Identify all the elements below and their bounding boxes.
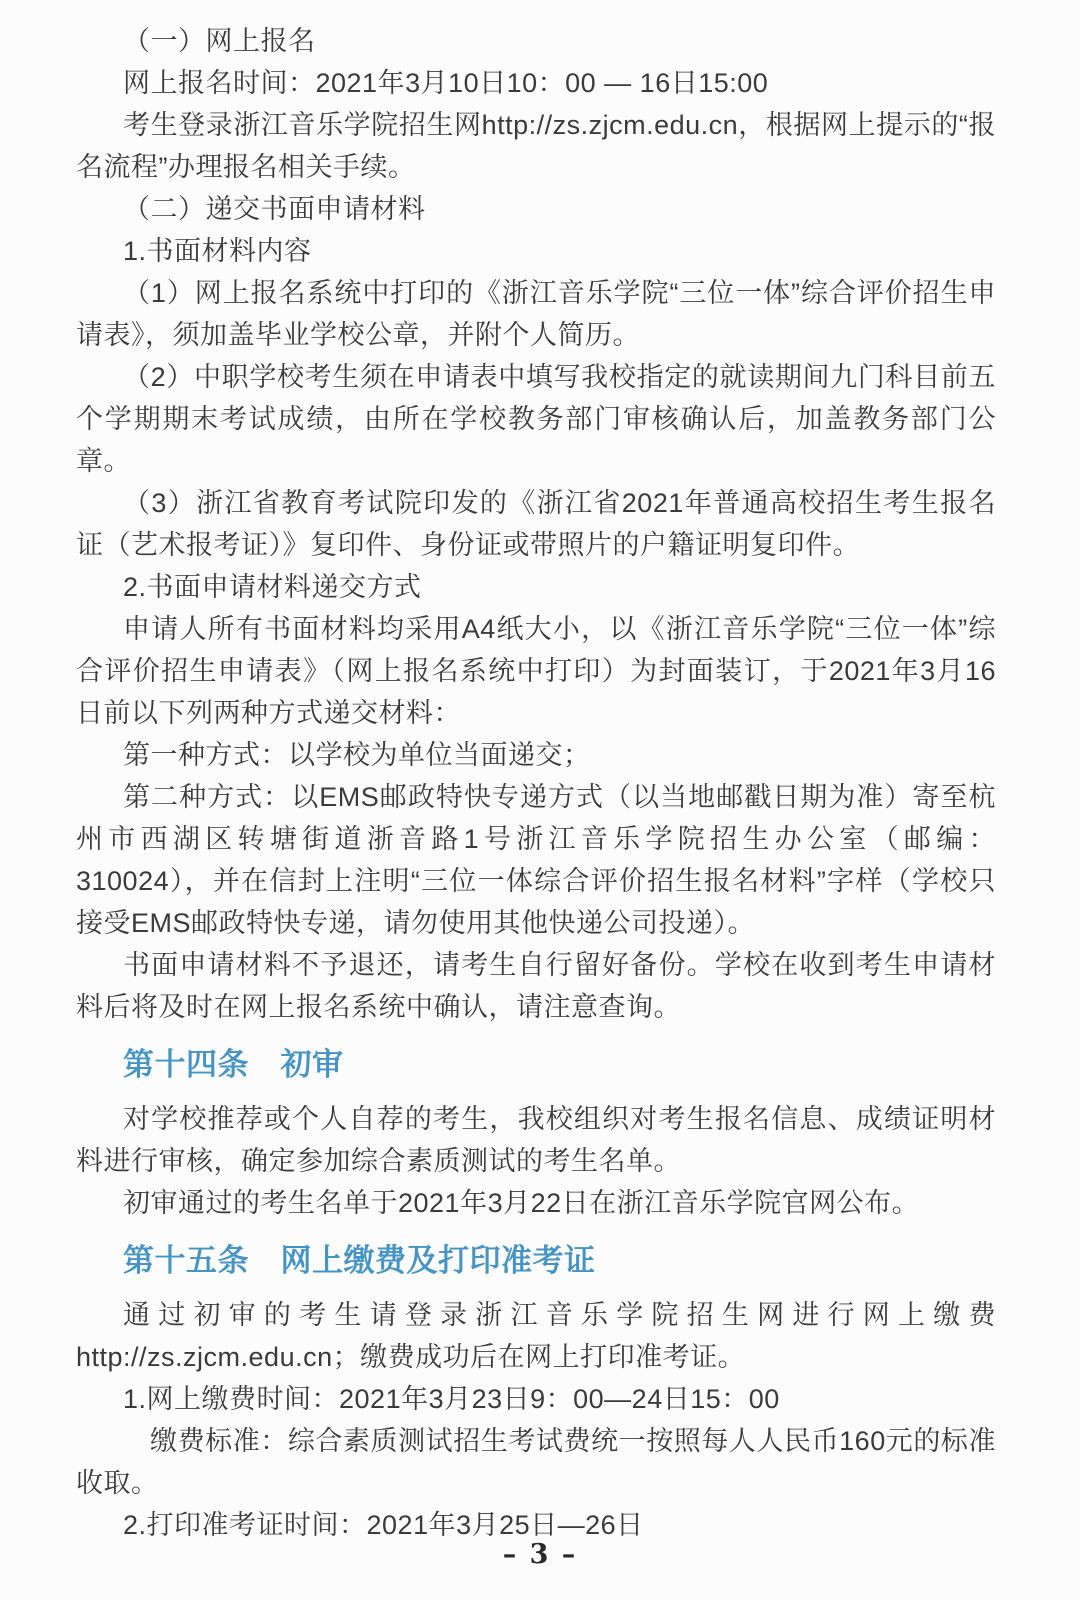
paragraph-registration-time: 网上报名时间：2021年3月10日10：00 — 16日15:00: [76, 62, 996, 104]
paragraph-submission-format: 申请人所有书面材料均采用A4纸大小，以《浙江音乐学院“三位一体”综合评价招生申请…: [76, 608, 996, 734]
section-heading-article-15: 第十五条 网上缴费及打印准考证: [76, 1238, 996, 1284]
page-number: – 3 –: [0, 1539, 1080, 1570]
paragraph-initial-review: 对学校推荐或个人自荐的考生，我校组织对考生报名信息、成绩证明材料进行审核，确定参…: [76, 1098, 996, 1182]
paragraph-registration-website: 考生登录浙江音乐学院招生网http://zs.zjcm.edu.cn，根据网上提…: [76, 104, 996, 188]
paragraph-submission-method-title: 2.书面申请材料递交方式: [76, 566, 996, 608]
document-page: （一）网上报名 网上报名时间：2021年3月10日10：00 — 16日15:0…: [0, 0, 1080, 1546]
paragraph-no-return-notice: 书面申请材料不予退还，请考生自行留好备份。学校在收到考生申请材料后将及时在网上报…: [76, 944, 996, 1028]
paragraph-material-item-1: （1）网上报名系统中打印的《浙江音乐学院“三位一体”综合评价招生申请表》，须加盖…: [76, 272, 996, 356]
paragraph-online-registration-title: （一）网上报名: [76, 20, 996, 62]
paragraph-payment-time: 1.网上缴费时间：2021年3月23日9：00—24日15：00: [76, 1378, 996, 1420]
paragraph-payment-website: 通过初审的考生请登录浙江音乐学院招生网进行网上缴费http://zs.zjcm.…: [76, 1294, 996, 1378]
paragraph-method-two-ems: 第二种方式：以EMS邮政特快专递方式（以当地邮戳日期为准）寄至杭州市西湖区转塘街…: [76, 776, 996, 944]
paragraph-material-item-3: （3）浙江省教育考试院印发的《浙江省2021年普通高校招生考生报名证（艺术报考证…: [76, 482, 996, 566]
section-heading-article-14: 第十四条 初审: [76, 1042, 996, 1088]
paragraph-material-content-title: 1.书面材料内容: [76, 230, 996, 272]
paragraph-submit-materials-title: （二）递交书面申请材料: [76, 188, 996, 230]
paragraph-review-announcement: 初审通过的考生名单于2021年3月22日在浙江音乐学院官网公布。: [76, 1182, 996, 1224]
paragraph-method-one: 第一种方式：以学校为单位当面递交；: [76, 734, 996, 776]
paragraph-payment-standard: 缴费标准：综合素质测试招生考试费统一按照每人人民币160元的标准收取。: [76, 1420, 996, 1504]
paragraph-material-item-2: （2）中职学校考生须在申请表中填写我校指定的就读期间九门科目前五个学期期末考试成…: [76, 356, 996, 482]
